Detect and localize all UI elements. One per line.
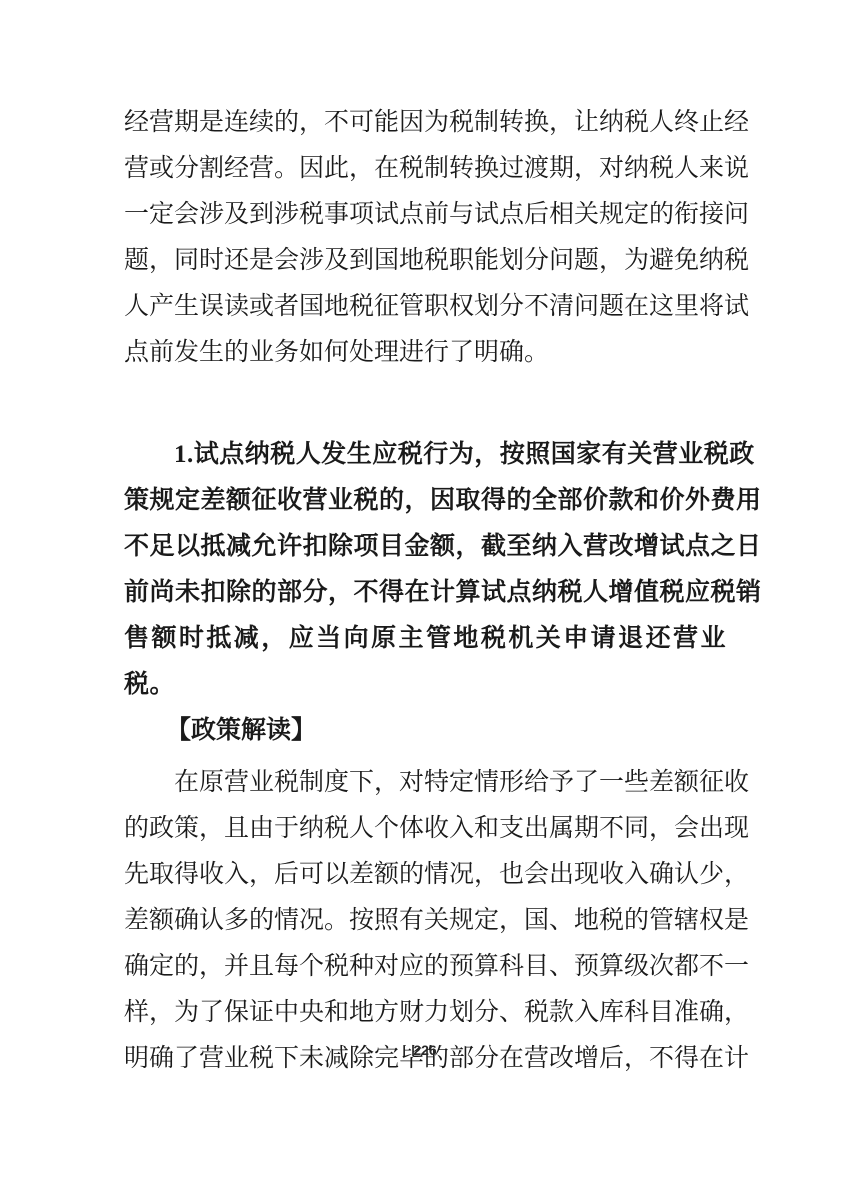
text-line: 营或分割经营。因此，在税制转换过渡期，对纳税人来说 [124, 146, 726, 192]
text-line: 售额时抵减，应当向原主管地税机关申请退还营业税。 [124, 616, 726, 708]
page-number: 226 [0, 1042, 850, 1058]
text-line: 1.试点纳税人发生应税行为，按照国家有关营业税政 [124, 432, 726, 478]
text-line: 策规定差额征收营业税的，因取得的全部价款和价外费用 [124, 478, 726, 524]
text-line: 点前发生的业务如何处理进行了明确。 [124, 330, 726, 376]
text-block: 经营期是连续的，不可能因为税制转换，让纳税人终止经 营或分割经营。因此，在税制转… [124, 100, 726, 1082]
document-page: 经营期是连续的，不可能因为税制转换，让纳税人终止经 营或分割经营。因此，在税制转… [0, 0, 850, 1202]
text-line: 的政策，且由于纳税人个体收入和支出属期不同，会出现 [124, 806, 726, 852]
text-line: 人产生误读或者国地税征管职权划分不清问题在这里将试 [124, 284, 726, 330]
section-heading-policy-interpretation: 【政策解读】 [124, 708, 726, 754]
text-line: 样，为了保证中央和地方财力划分、税款入库科目准确， [124, 990, 726, 1036]
text-line: 题，同时还是会涉及到国地税职能划分问题，为避免纳税 [124, 238, 726, 284]
paragraph-clause-1: 1.试点纳税人发生应税行为，按照国家有关营业税政 策规定差额征收营业税的，因取得… [124, 432, 726, 708]
text-line: 先取得收入，后可以差额的情况，也会出现收入确认少， [124, 852, 726, 898]
text-line: 经营期是连续的，不可能因为税制转换，让纳税人终止经 [124, 100, 726, 146]
text-line: 前尚未扣除的部分，不得在计算试点纳税人增值税应税销 [124, 570, 726, 616]
text-line: 一定会涉及到涉税事项试点前与试点后相关规定的衔接问 [124, 192, 726, 238]
paragraph-continuation: 经营期是连续的，不可能因为税制转换，让纳税人终止经 营或分割经营。因此，在税制转… [124, 100, 726, 376]
text-line: 差额确认多的情况。按照有关规定，国、地税的管辖权是 [124, 898, 726, 944]
text-line: 确定的，并且每个税种对应的预算科目、预算级次都不一 [124, 944, 726, 990]
text-line: 在原营业税制度下，对特定情形给予了一些差额征收 [124, 760, 726, 806]
paragraph-interpretation: 在原营业税制度下，对特定情形给予了一些差额征收 的政策，且由于纳税人个体收入和支… [124, 760, 726, 1082]
text-line: 不足以抵减允许扣除项目金额，截至纳入营改增试点之日 [124, 524, 726, 570]
